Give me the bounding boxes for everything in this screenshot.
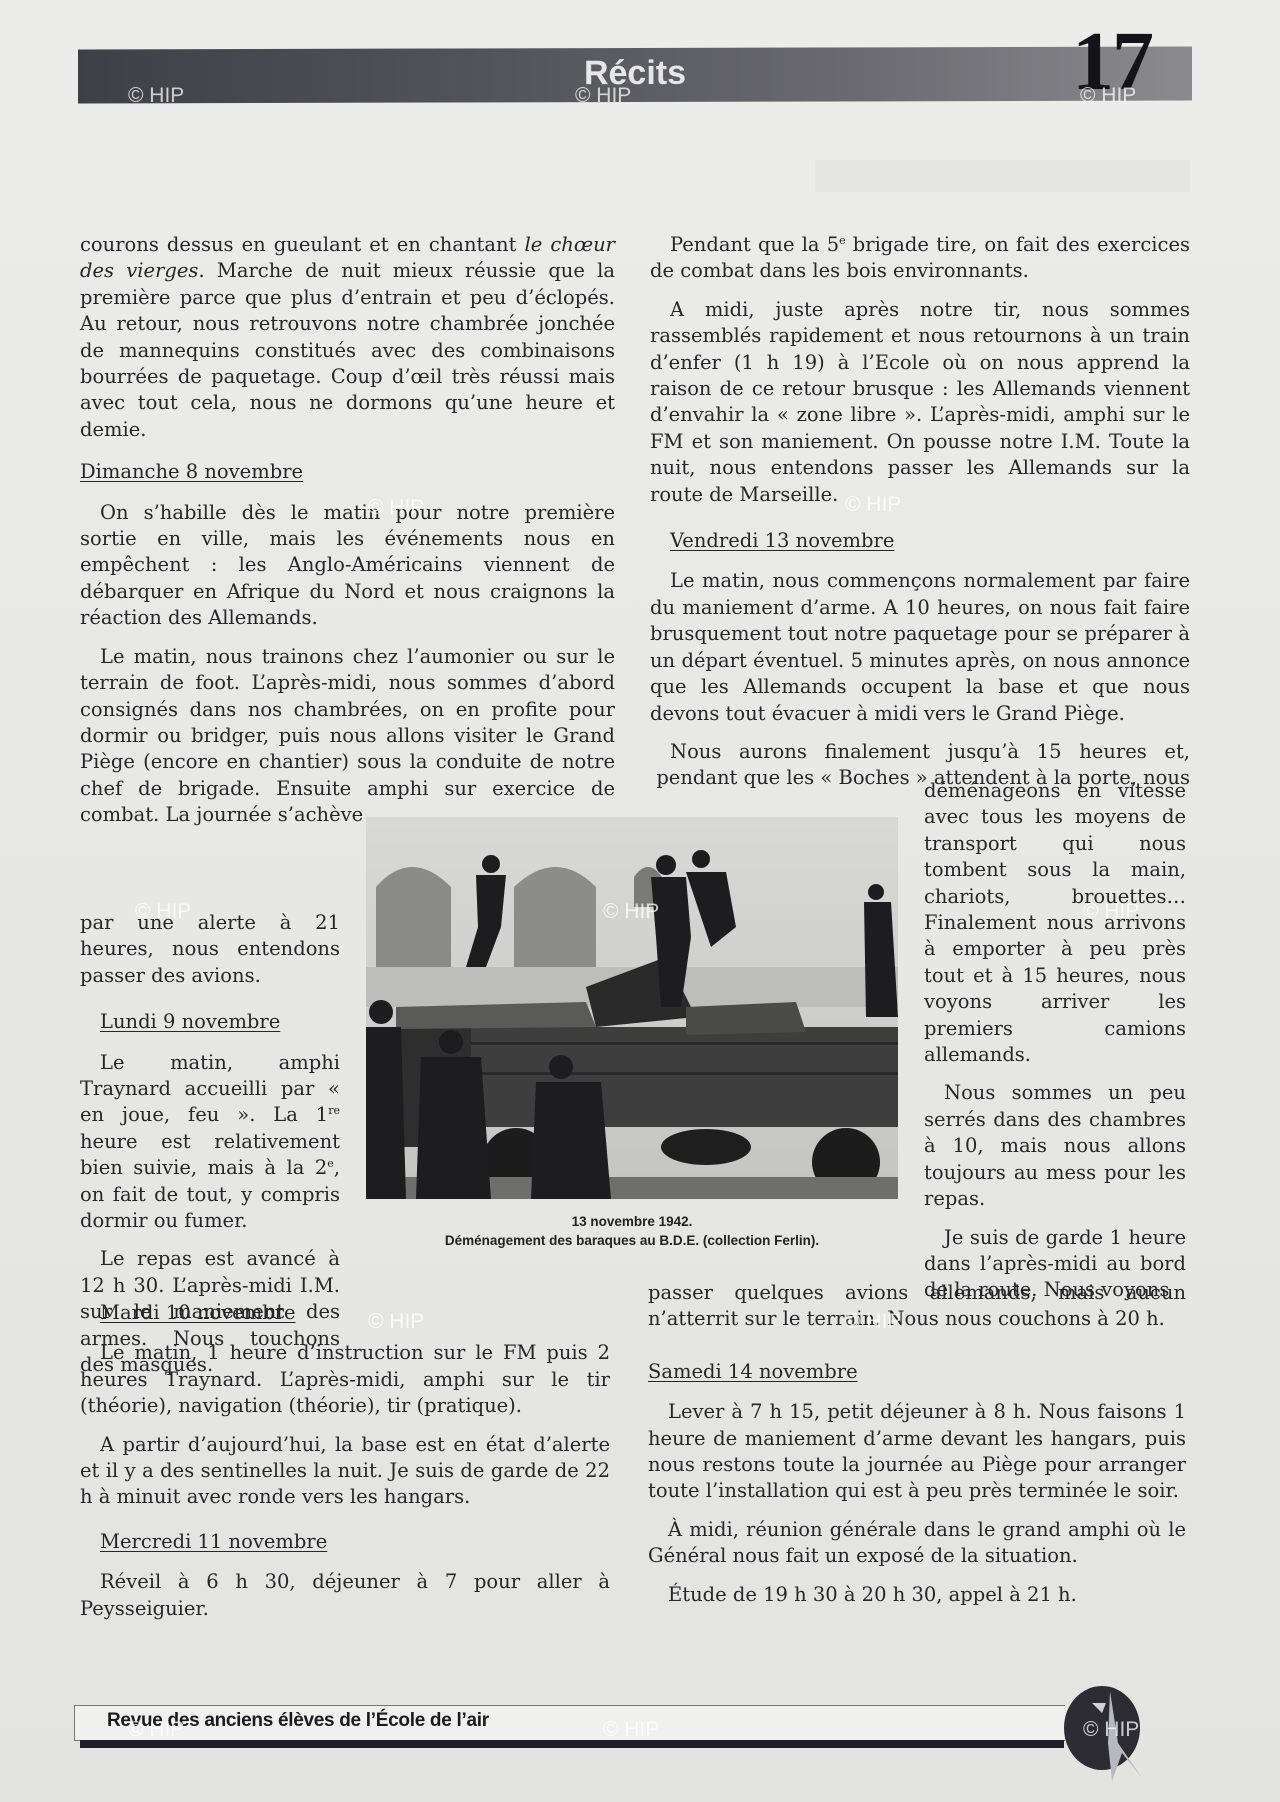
left-column-top: courons dessus en gueulant et en chantan… <box>80 232 615 841</box>
paragraph-continuation: par une alerte à 21 heures, nous entendo… <box>80 910 340 989</box>
paragraph: A partir d’aujourd’hui, la base est en é… <box>80 1432 610 1511</box>
intro-paragraph: courons dessus en gueulant et en chantan… <box>80 232 615 443</box>
magazine-page: Récits 17 courons dessus en gueulant et … <box>0 0 1280 1802</box>
caption-date: 13 novembre 1942. <box>366 1212 898 1231</box>
paragraph: Le matin, nous trainons chez l’aumonier … <box>80 644 615 829</box>
text-run: . Marche de nuit mieux réussie que la pr… <box>80 259 615 440</box>
right-column-narrow: déménageons en vitesse avec tous les moy… <box>924 778 1186 1304</box>
text-run: Pendant que la 5 <box>670 233 839 256</box>
left-column-bottom: Mardi 10 novembre Le matin, 1 heure d’in… <box>80 1300 610 1634</box>
paragraph: Nous sommes un peu serrés dans des chamb… <box>924 1080 1186 1212</box>
paragraph-continuation: déménageons en vitesse avec tous les moy… <box>924 778 1186 1068</box>
publication-name: Revue des anciens élèves de l’École de l… <box>107 1710 489 1732</box>
text-run: Le matin, amphi Traynard accueilli par «… <box>80 1051 340 1127</box>
entry-heading-mardi: Mardi 10 novembre <box>80 1300 610 1326</box>
bleed-through-box <box>815 160 1190 192</box>
footer-rule <box>80 1740 1064 1748</box>
section-header-band: Récits <box>78 47 1192 104</box>
right-column-top: Pendant que la 5e brigade tire, on fait … <box>650 232 1190 804</box>
paragraph: On s’habille dès le matin pour notre pre… <box>80 500 615 632</box>
paragraph-brigade: Pendant que la 5e brigade tire, on fait … <box>650 232 1190 285</box>
text-run: heure est relativement bien suivie, mais… <box>80 1130 340 1179</box>
footer-bar: Revue des anciens élèves de l’École de l… <box>74 1705 1065 1741</box>
paragraph: Lever à 7 h 15, petit déjeuner à 8 h. No… <box>648 1399 1186 1505</box>
paragraph: Réveil à 6 h 30, déjeuner à 7 pour aller… <box>80 1569 610 1622</box>
school-emblem-icon <box>1062 1683 1150 1783</box>
paragraph: Le matin, 1 heure d’instruction sur le F… <box>80 1340 610 1419</box>
entry-heading-samedi: Samedi 14 novembre <box>648 1359 1186 1385</box>
paragraph: À midi, réunion générale dans le grand a… <box>648 1517 1186 1570</box>
section-title: Récits <box>78 53 1192 95</box>
paragraph: A midi, juste après notre tir, nous somm… <box>650 297 1190 508</box>
text-run: courons dessus en gueulant et en chantan… <box>80 233 525 256</box>
paragraph: Étude de 19 h 30 à 20 h 30, appel à 21 h… <box>648 1582 1186 1608</box>
historical-photo <box>366 817 898 1199</box>
entry-heading-dimanche: Dimanche 8 novembre <box>80 459 615 485</box>
caption-description: Déménagement des baraques au B.D.E. (col… <box>366 1231 898 1250</box>
page-number: 17 <box>1072 20 1152 104</box>
entry-heading-vendredi: Vendredi 13 novembre <box>650 528 1190 554</box>
entry-heading-lundi: Lundi 9 novembre <box>80 1009 340 1035</box>
paragraph-continuation: passer quelques avions allemands, mais a… <box>648 1280 1186 1333</box>
entry-heading-mercredi: Mercredi 11 novembre <box>80 1529 610 1555</box>
photo-truck-loading-illustration <box>366 817 898 1199</box>
superscript: re <box>328 1104 340 1117</box>
figure-caption: 13 novembre 1942. Déménagement des baraq… <box>366 1212 898 1250</box>
paragraph: Le matin, nous commençons normalement pa… <box>650 568 1190 726</box>
right-column-bottom: passer quelques avions allemands, mais a… <box>648 1280 1186 1620</box>
paragraph-lundi-1: Le matin, amphi Traynard accueilli par «… <box>80 1050 340 1235</box>
